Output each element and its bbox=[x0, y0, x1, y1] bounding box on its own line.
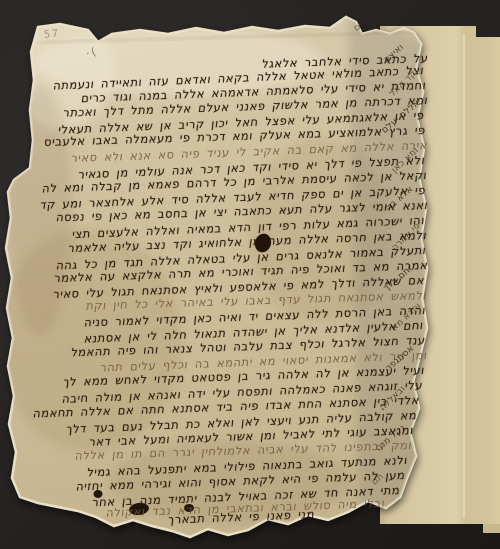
handwriting-layer: 57 ·( על כתאב סידי אלחבר אלאגל וצל כתאב … bbox=[0, 0, 500, 549]
ink-scribble: ·( bbox=[84, 44, 99, 60]
manuscript-photo: 57 ·( על כתאב סידי אלחבר אלאגל וצל כתאב … bbox=[0, 0, 500, 549]
margin-note: תם bbox=[352, 18, 368, 34]
folio-number-pencil: 57 bbox=[43, 28, 60, 41]
